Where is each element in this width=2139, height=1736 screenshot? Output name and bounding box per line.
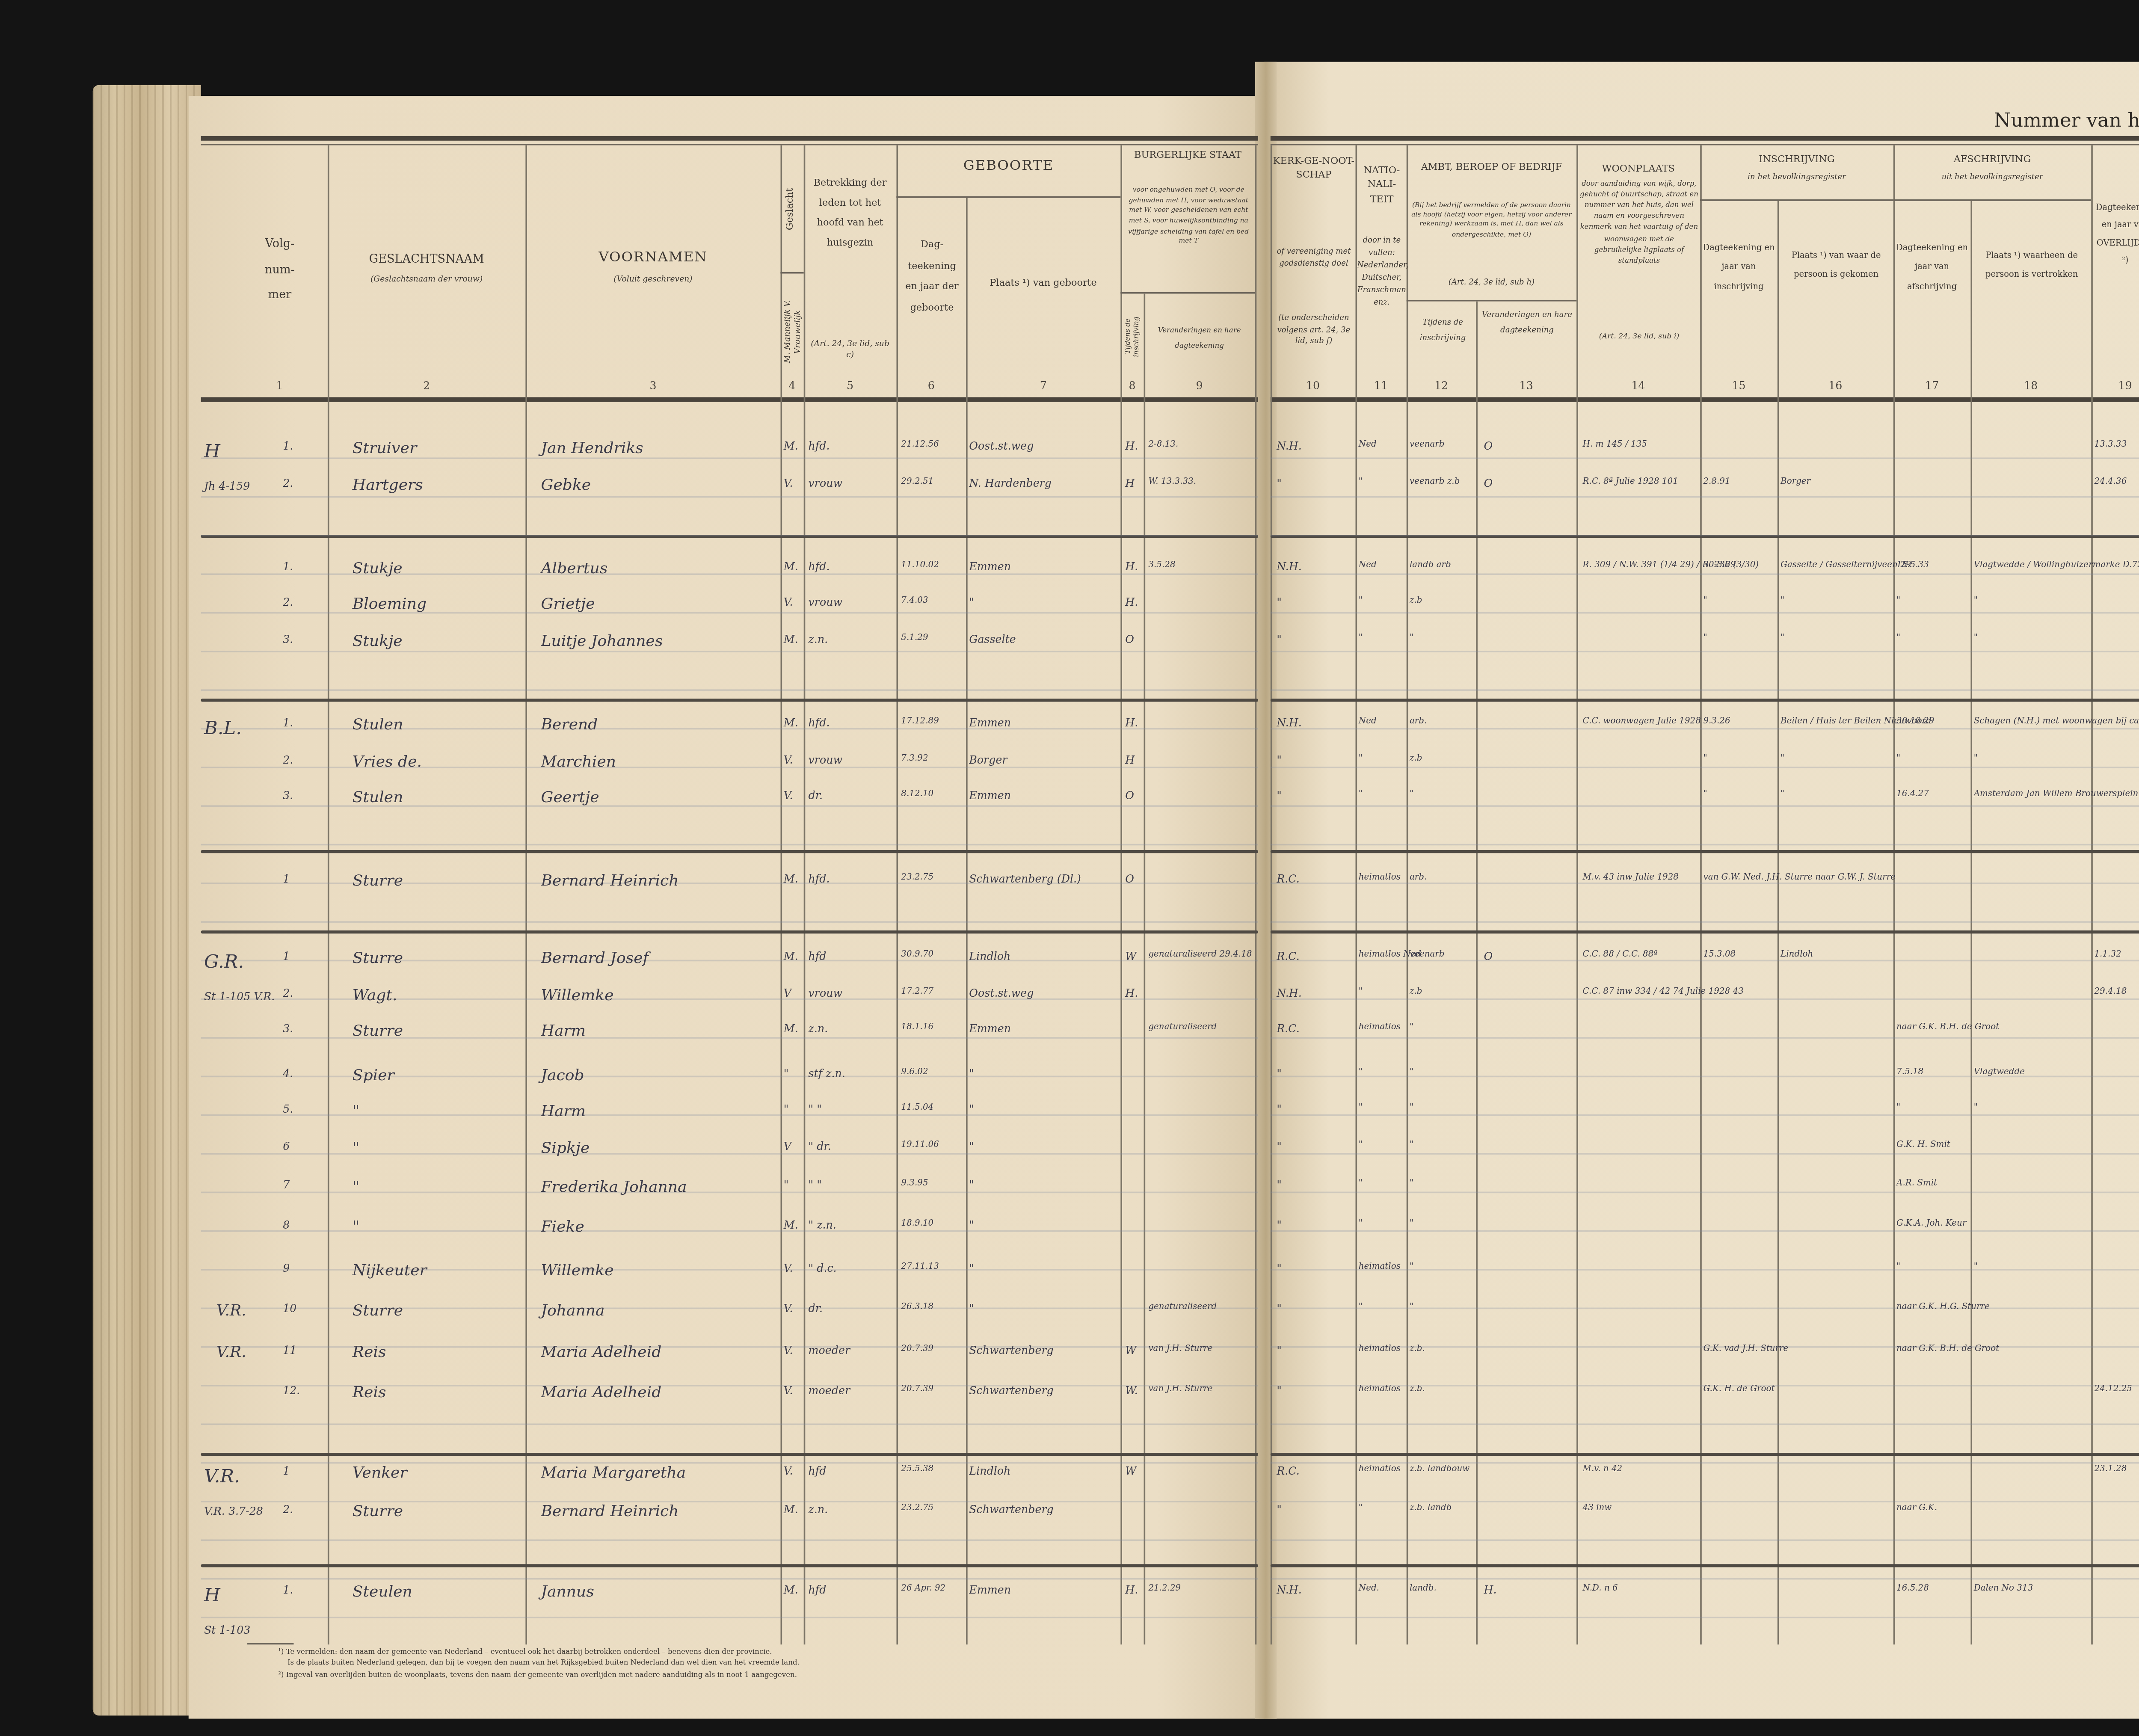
cell-dereg-to: " xyxy=(1974,754,1978,764)
header-kerkgenootschap: KERK-GE-NOOT-SCHAP xyxy=(1272,154,1355,183)
cell-nr: 9 xyxy=(283,1263,290,1275)
colnum-18: 18 xyxy=(1970,380,2091,393)
cell-birth-place: " xyxy=(969,1104,974,1116)
cell-dereg-date: A.R. Smit xyxy=(1896,1179,1937,1189)
cell-religion: " xyxy=(1277,1104,1282,1116)
cell-dereg-to: Dalen No 313 xyxy=(1974,1584,2033,1594)
cell-reg-from: Gasselte / Gasselternijveen 29 xyxy=(1781,561,1911,570)
ruled-line xyxy=(201,457,1258,459)
cell-nationality: " xyxy=(1359,634,1363,643)
cell-surname: Steulen xyxy=(353,1584,412,1601)
afsch-sub-rule xyxy=(1893,199,2091,201)
cell-civil-change: 2-8.13. xyxy=(1148,441,1178,450)
cell-surname: " xyxy=(353,1179,360,1197)
cell-nationality: " xyxy=(1359,1068,1363,1078)
col-line xyxy=(1271,145,1272,1645)
cell-given: Jannus xyxy=(541,1584,594,1601)
cell-nationality: " xyxy=(1359,1303,1363,1312)
ruled-line xyxy=(201,1462,1258,1464)
cell-nationality: " xyxy=(1359,1179,1363,1189)
cell-nationality: Ned xyxy=(1359,561,1377,570)
colnum-4: 4 xyxy=(781,380,804,393)
col-line xyxy=(896,145,898,1645)
cell-given: Gebke xyxy=(541,477,591,495)
footnote-rule xyxy=(247,1643,293,1645)
cell-occ-change: O xyxy=(1484,951,1493,963)
header-geslacht: Geslacht xyxy=(785,154,797,263)
register-scan: Nummer van het blad Volg- num- mer GESLA… xyxy=(0,0,2139,1736)
cell-birth-place: " xyxy=(969,1263,974,1275)
cell-occupation: " xyxy=(1410,1303,1413,1312)
household-separator xyxy=(1271,850,2139,853)
household-separator xyxy=(201,1453,1258,1456)
colnum-15: 15 xyxy=(1700,380,1778,393)
cell-nationality: " xyxy=(1359,477,1363,487)
header-ambt-veranderingen: Veranderingen en hare dagteekening xyxy=(1479,309,1575,339)
cell-given: Bernard Heinrich xyxy=(541,1504,679,1521)
cell-civil-change: genaturaliseerd 29.4.18 xyxy=(1148,951,1252,960)
cell-birth-date: 20.7.39 xyxy=(901,1385,933,1394)
cell-occupation: z.b xyxy=(1410,988,1422,997)
cell-residence: C.C. 87 inw 334 / 42 74 Julie 1928 43 xyxy=(1583,988,1744,997)
cell-religion: R.C. xyxy=(1277,873,1300,886)
ruled-line xyxy=(1271,1539,2139,1541)
cell-given: Berend xyxy=(541,717,598,734)
cell-reg-date: " xyxy=(1703,754,1707,764)
cell-civil: W xyxy=(1125,1465,1136,1478)
cell-sex: M. xyxy=(784,1220,798,1232)
cell-given: Grietje xyxy=(541,597,595,614)
cell-birth-date: 18.9.10 xyxy=(901,1220,933,1229)
header-ambt-art: (Art. 24, 3e lid, sub h) xyxy=(1411,278,1572,288)
cell-civil-change: W. 13.3.33. xyxy=(1148,477,1196,487)
cell-religion: " xyxy=(1277,790,1282,802)
cell-nationality: heimatlos xyxy=(1359,1023,1401,1033)
cell-sex: M. xyxy=(784,634,798,646)
cell-relation: z.n. xyxy=(809,1504,828,1516)
cell-surname: " xyxy=(353,1220,360,1237)
ruled-line xyxy=(1271,1578,2139,1580)
header-bottom-rule-left xyxy=(201,397,1258,402)
ruled-line xyxy=(201,921,1258,923)
cell-dereg-date: naar G.K. B.H. de Groot xyxy=(1896,1023,1999,1033)
header-nationaliteit: NATIO-NALI-TEIT xyxy=(1357,164,1407,207)
colnum-12: 12 xyxy=(1407,380,1476,393)
ruled-line xyxy=(201,1617,1258,1618)
cell-civil: H. xyxy=(1125,1584,1138,1597)
cell-dereg-date: " xyxy=(1896,754,1900,764)
cell-surname: Stukje xyxy=(353,561,403,578)
cell-nationality: " xyxy=(1359,1220,1363,1229)
cell-surname: Sturre xyxy=(353,1303,403,1320)
col-line xyxy=(1893,145,1895,1645)
cell-death: 24.12.25 xyxy=(2094,1385,2132,1394)
cell-birth-place: Schwartenberg xyxy=(969,1385,1053,1397)
cell-residence: M.v. 43 inw Julie 1928 xyxy=(1583,873,1679,883)
cell-given: Luitje Johannes xyxy=(541,634,663,651)
cell-dereg-to: Amsterdam Jan Willem Brouwersplein 3. xyxy=(1974,790,2139,799)
cell-birth-date: 23.2.75 xyxy=(901,1504,933,1513)
cell-given: Maria Adelheid xyxy=(541,1345,662,1362)
cell-nr: 5. xyxy=(283,1104,293,1116)
cell-nationality: " xyxy=(1359,1141,1363,1150)
ruled-line xyxy=(1271,1269,2139,1271)
cell-civil: H. xyxy=(1125,441,1138,453)
cell-death: 23.1.28 xyxy=(2094,1465,2127,1475)
col-line xyxy=(1700,145,1702,1645)
colnum-6: 6 xyxy=(896,380,966,393)
ruled-line xyxy=(1271,1037,2139,1039)
cell-nationality: " xyxy=(1359,988,1363,997)
cell-birth-date: 25.5.38 xyxy=(901,1465,933,1475)
header-burgerlijke-staat: BURGERLIJKE STAAT xyxy=(1124,150,1252,162)
cell-occupation: " xyxy=(1410,634,1413,643)
cell-surname: Vries de. xyxy=(353,754,422,771)
cell-given: Marchien xyxy=(541,754,616,771)
cell-nationality: " xyxy=(1359,597,1363,606)
ruled-line xyxy=(1271,573,2139,575)
cell-dereg-date: naar G.K. B.H. de Groot xyxy=(1896,1345,1999,1354)
cell-occupation: " xyxy=(1410,1263,1413,1272)
cell-civil: W. xyxy=(1125,1385,1138,1397)
header-afschrijving-sub: uit het bevolkingsregister xyxy=(1893,173,2091,183)
cell-reg-from: " xyxy=(1781,754,1784,764)
cell-birth-place: Oost.st.weg xyxy=(969,988,1034,1000)
household-separator xyxy=(201,1564,1258,1567)
cell-birth-place: Emmen xyxy=(969,717,1011,729)
colnum-1: 1 xyxy=(232,380,328,393)
cell-relation: vrouw xyxy=(809,477,843,490)
cell-reg-from: Borger xyxy=(1781,477,1810,487)
household-marker: H xyxy=(204,441,220,462)
cell-nr: 11 xyxy=(283,1345,296,1357)
col-line xyxy=(525,145,527,1645)
header-inschrijving-sub: in het bevolkingsregister xyxy=(1700,173,1893,183)
cell-relation: hfd. xyxy=(809,561,830,573)
cell-sex: M. xyxy=(784,717,798,729)
household-separator xyxy=(1271,1564,2139,1567)
cell-surname: Struiver xyxy=(353,441,417,458)
cell-nationality: heimatlos xyxy=(1359,1385,1401,1394)
ruled-line xyxy=(1271,1617,2139,1618)
cell-dereg-date: " xyxy=(1896,1263,1900,1272)
cell-nr: 1 xyxy=(283,1465,290,1478)
cell-relation: hfd xyxy=(809,1584,827,1597)
cell-surname: Bloeming xyxy=(353,597,427,614)
cell-civil-change: van J.H. Sturre xyxy=(1148,1385,1212,1394)
col-line xyxy=(1576,145,1578,1645)
ruled-line xyxy=(201,496,1258,498)
cell-nr: 3. xyxy=(283,790,293,802)
col-line xyxy=(2091,145,2093,1645)
cell-residence: M.v. n 42 xyxy=(1583,1465,1623,1475)
household-marker: H xyxy=(204,1584,220,1606)
cell-sex: V. xyxy=(784,1345,793,1357)
cell-surname: Venker xyxy=(353,1465,407,1482)
cell-given: Geertje xyxy=(541,790,599,807)
cell-religion: N.H. xyxy=(1277,1584,1302,1597)
cell-relation: vrouw xyxy=(809,597,843,609)
colnum-9: 9 xyxy=(1144,380,1255,393)
header-afschrijving: AFSCHRIJVING xyxy=(1893,154,2091,166)
cell-death: 24.4.36 xyxy=(2094,477,2127,487)
cell-reg-date: 2.8.91 xyxy=(1703,477,1730,487)
ruled-line xyxy=(1271,1501,2139,1502)
header-betrekking: Betrekking der leden tot het hoofd van h… xyxy=(807,173,893,254)
header-inschrijving-plaats: Plaats ¹) van waar de persoon is gekomen xyxy=(1781,247,1892,286)
cell-reg-date: " xyxy=(1703,597,1707,606)
cell-occupation: z.b. xyxy=(1410,1385,1425,1394)
cell-given: Fieke xyxy=(541,1220,584,1237)
cell-religion: R.C. xyxy=(1277,1465,1300,1478)
header-nationaliteit-b: door in te vullen: Nederlander, Duitsche… xyxy=(1357,235,1407,309)
cell-religion: " xyxy=(1277,1220,1282,1232)
cell-birth-place: " xyxy=(969,1303,974,1315)
household-separator xyxy=(1271,699,2139,702)
household-separator xyxy=(1271,930,2139,933)
cell-religion: " xyxy=(1277,1504,1282,1516)
cell-relation: z.n. xyxy=(809,634,828,646)
cell-religion: N.H. xyxy=(1277,561,1302,573)
cell-sex: V. xyxy=(784,597,793,609)
header-ambt: AMBT, BEROEP OF BEDRIJF xyxy=(1410,161,1573,176)
cell-religion: R.C. xyxy=(1277,951,1300,963)
cell-nr: 10 xyxy=(283,1303,296,1315)
cell-sex: M. xyxy=(784,1504,798,1516)
cell-civil: W xyxy=(1125,951,1136,963)
cell-given: Bernard Heinrich xyxy=(541,873,679,890)
cell-surname: Wagt. xyxy=(353,988,397,1005)
cell-reg-from: " xyxy=(1781,597,1784,606)
cell-occupation: z.b xyxy=(1410,754,1422,764)
cell-death: 1.1.32 xyxy=(2094,951,2121,960)
cell-civil: O xyxy=(1125,790,1134,802)
cell-sex: V xyxy=(784,988,791,1000)
ruled-line xyxy=(1271,1308,2139,1309)
cell-nationality: " xyxy=(1359,754,1363,764)
cell-surname: Sturre xyxy=(353,1023,403,1040)
cell-relation: moeder xyxy=(809,1345,850,1357)
cell-occupation: veenarb xyxy=(1410,951,1445,960)
cell-nationality: heimatlos xyxy=(1359,1345,1401,1354)
cell-dereg-to: Schagen (N.H.) met woonwagen bij café Vi… xyxy=(1974,717,2139,726)
ruled-line xyxy=(201,535,1258,536)
cell-birth-place: " xyxy=(969,1068,974,1081)
cell-given: Frederika Johanna xyxy=(541,1179,687,1197)
cell-sex: V. xyxy=(784,1263,793,1275)
cell-dereg-date: " xyxy=(1896,1104,1900,1113)
cell-nr: 2. xyxy=(283,988,293,1000)
cell-dereg-date: 16.4.27 xyxy=(1896,790,1929,799)
header-top-rule-left xyxy=(201,136,1258,141)
cell-civil: O xyxy=(1125,634,1134,646)
household-marker: B.L. xyxy=(204,717,242,739)
cell-sex: M. xyxy=(784,441,798,453)
cell-birth-date: 26 Apr. 92 xyxy=(901,1584,945,1594)
cell-religion: " xyxy=(1277,1179,1282,1192)
ruled-line xyxy=(1271,960,2139,962)
cell-occupation: " xyxy=(1410,1104,1413,1113)
cell-birth-date: 30.9.70 xyxy=(901,951,933,960)
cell-nr: 3. xyxy=(283,634,293,646)
header-top-rule-right xyxy=(1271,136,2139,141)
cell-occupation: z.b xyxy=(1410,597,1422,606)
cell-reg-date: " xyxy=(1703,634,1707,643)
cell-dereg-to: Vlagtwedde xyxy=(1974,1068,2025,1078)
header-volgnummer: Volg- num- mer xyxy=(232,232,328,308)
ruled-line xyxy=(1271,1423,2139,1425)
cell-dereg-to: " xyxy=(1974,1263,1978,1272)
cell-birth-place: " xyxy=(969,1179,974,1192)
cell-birth-date: 8.12.10 xyxy=(901,790,933,799)
cell-religion: " xyxy=(1277,1385,1282,1397)
cell-birth-date: 5.1.29 xyxy=(901,634,928,643)
cell-nationality: Ned xyxy=(1359,441,1377,450)
cell-civil: H xyxy=(1125,754,1135,767)
cell-sex: M. xyxy=(784,1023,798,1036)
cell-civil: H xyxy=(1125,477,1135,490)
footnote-1: ¹) Te vermelden: den naam der gemeente v… xyxy=(278,1649,772,1657)
person-marker: V.R. xyxy=(216,1345,246,1362)
cell-reg-date: G.K. vad J.H. Sturre xyxy=(1703,1345,1788,1354)
cell-sex: " xyxy=(784,1104,789,1116)
ruled-line xyxy=(1271,689,2139,691)
ruled-line xyxy=(201,1423,1258,1425)
cell-birth-date: 29.2.51 xyxy=(901,477,933,487)
cell-given: Johanna xyxy=(541,1303,605,1320)
cell-occupation: " xyxy=(1410,1068,1413,1078)
cell-surname: Sturre xyxy=(353,951,403,968)
col-line xyxy=(804,145,806,1645)
cell-nationality: heimatlos xyxy=(1359,873,1401,883)
cell-nr: 4. xyxy=(283,1068,293,1081)
cell-dereg-to: " xyxy=(1974,597,1978,606)
cell-sex: V. xyxy=(784,790,793,802)
cell-sex: V. xyxy=(784,1385,793,1397)
cell-surname: Reis xyxy=(353,1385,386,1402)
col-line xyxy=(1356,145,1357,1645)
cell-reg-date: 30-3.29 xyxy=(1703,561,1736,570)
cell-occupation: z.b. xyxy=(1410,1345,1425,1354)
cell-birth-date: 11.5.04 xyxy=(901,1104,933,1113)
cell-birth-place: Lindloh xyxy=(969,951,1010,963)
header-bs-sub: voor ongehuwden met O, voor de gehuwden … xyxy=(1125,187,1252,249)
cell-nr: 12. xyxy=(283,1385,300,1397)
insch-sub-rule xyxy=(1700,199,1893,201)
cell-nr: 1. xyxy=(283,717,293,729)
header-geslachtsnaam-sub: (Geslachtsnaam der vrouw) xyxy=(328,275,525,285)
cell-birth-date: 18.1.16 xyxy=(901,1023,933,1033)
cell-religion: " xyxy=(1277,634,1282,646)
cell-occupation: " xyxy=(1410,1023,1413,1033)
cell-birth-date: 7.4.03 xyxy=(901,597,928,606)
cell-sex: V. xyxy=(784,1303,793,1315)
book-gutter xyxy=(1255,62,1277,1719)
cell-reg-date: G.K. H. de Groot xyxy=(1703,1385,1775,1394)
cell-relation: dr. xyxy=(809,790,823,802)
ruled-line xyxy=(201,844,1258,846)
cell-religion: " xyxy=(1277,1263,1282,1275)
cell-reg-date: 9.3.26 xyxy=(1703,717,1730,726)
cell-relation: stf z.n. xyxy=(809,1068,845,1081)
header-kerkgenootschap-b: of vereeniging met godsdienstig doel xyxy=(1272,247,1355,270)
header-geboorte-datum: Dag-teekening en jaar der geboorte xyxy=(903,235,961,319)
header-inschrijving-datum: Dagteekening en jaar van inschrijving xyxy=(1702,240,1776,297)
cell-birth-date: 21.12.56 xyxy=(901,441,939,450)
cell-nr: 2. xyxy=(283,754,293,767)
header-woonplaats-art: (Art. 24, 3e lid, sub i) xyxy=(1579,334,1698,343)
cell-relation: hfd xyxy=(809,951,827,963)
colnum-5: 5 xyxy=(804,380,897,393)
cell-reg-date: 15.3.08 xyxy=(1703,951,1736,960)
col-line xyxy=(1407,145,1408,1645)
cell-religion: " xyxy=(1277,597,1282,609)
cell-occupation: veenarb z.b xyxy=(1410,477,1460,487)
cell-nr: 1. xyxy=(283,1584,293,1597)
cell-occupation: z.b. landbouw xyxy=(1410,1465,1469,1475)
cell-religion: " xyxy=(1277,477,1282,490)
colnum-13: 13 xyxy=(1476,380,1576,393)
cell-birth-date: 9.6.02 xyxy=(901,1068,928,1078)
cell-nationality: " xyxy=(1359,1104,1363,1113)
colnum-7: 7 xyxy=(966,380,1120,393)
cell-nr: 2. xyxy=(283,1504,293,1516)
cell-given: Jacob xyxy=(541,1068,584,1085)
cell-birth-place: Lindloh xyxy=(969,1465,1010,1478)
col-line xyxy=(781,145,782,1645)
cell-sex: V. xyxy=(784,754,793,767)
cell-reg-from: " xyxy=(1781,634,1784,643)
cell-civil: O xyxy=(1125,873,1134,886)
colnum-19: 19 xyxy=(2091,380,2139,393)
cell-sex: V. xyxy=(784,477,793,490)
household-marker: G.R. xyxy=(204,951,244,972)
header-geslachtsnaam: GESLACHTSNAAM xyxy=(328,252,525,267)
ruled-line xyxy=(1271,1192,2139,1194)
cell-surname: " xyxy=(353,1104,360,1121)
cell-dereg-to: " xyxy=(1974,634,1978,643)
cell-dereg-date: " xyxy=(1896,597,1900,606)
ruled-line xyxy=(1271,998,2139,1000)
cell-birth-place: Schwartenberg xyxy=(969,1504,1053,1516)
cell-dereg-date: G.K.A. Joh. Keur xyxy=(1896,1220,1966,1229)
footnote-2: ²) Ingeval van overlijden buiten de woon… xyxy=(278,1672,797,1680)
header-ambt-inschrijving: Tijdens de inschrijving xyxy=(1410,317,1476,347)
cell-sex: M. xyxy=(784,561,798,573)
cell-sex: V. xyxy=(784,1465,793,1478)
ruled-line xyxy=(1271,612,2139,614)
cell-birth-place: " xyxy=(969,1220,974,1232)
cell-birth-date: 23.2.75 xyxy=(901,873,933,883)
cell-dereg-to: " xyxy=(1974,1104,1978,1113)
cell-civil-change: 21.2.29 xyxy=(1148,1584,1181,1594)
header-betrekking-sub: (Art. 24, 3e lid, sub c) xyxy=(807,340,893,360)
person-marker: V.R. xyxy=(216,1303,246,1320)
cell-relation: hfd. xyxy=(809,873,830,886)
cell-relation: " dr. xyxy=(809,1141,831,1153)
ruled-line xyxy=(201,651,1258,652)
cell-dereg-date: naar G.K. xyxy=(1896,1504,1937,1513)
cell-sex: " xyxy=(784,1179,789,1192)
cell-residence: C.C. 88 / C.C. 88ª xyxy=(1583,951,1658,960)
ambt-sub-rule xyxy=(1407,300,1576,302)
cell-birth-place: Emmen xyxy=(969,561,1011,573)
cell-given: Jan Hendriks xyxy=(541,441,643,458)
cell-given: Sipkje xyxy=(541,1141,590,1158)
cell-relation: vrouw xyxy=(809,754,843,767)
cell-given: Willemke xyxy=(541,988,614,1005)
cell-nr: 3. xyxy=(283,1023,293,1036)
